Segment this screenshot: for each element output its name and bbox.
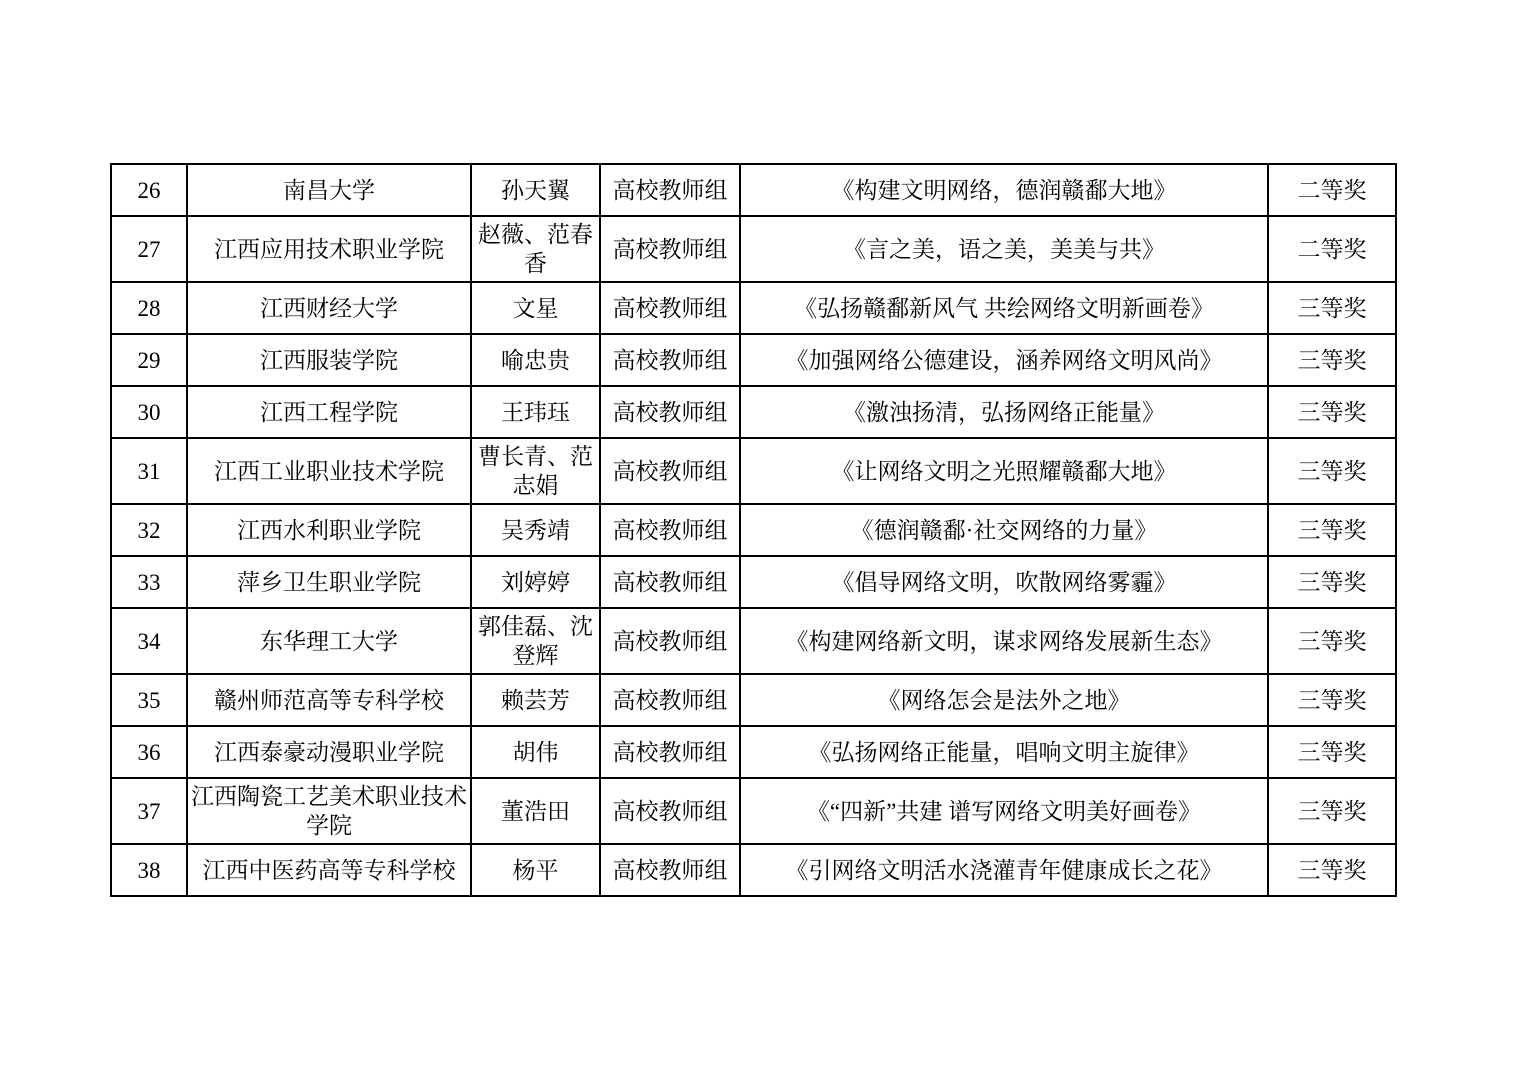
cell-award: 三等奖 [1268,726,1396,778]
table-row: 27江西应用技术职业学院赵薇、范春香高校教师组《言之美，语之美，美美与共》二等奖 [111,216,1396,282]
cell-award: 三等奖 [1268,386,1396,438]
cell-group: 高校教师组 [600,844,740,896]
cell-school: 江西应用技术职业学院 [187,216,471,282]
table-row: 32江西水利职业学院吴秀靖高校教师组《德润赣鄱·社交网络的力量》三等奖 [111,504,1396,556]
cell-award: 三等奖 [1268,334,1396,386]
table-row: 26南昌大学孙天翼高校教师组《构建文明网络，德润赣鄱大地》二等奖 [111,164,1396,216]
cell-name: 文星 [471,282,600,334]
cell-school: 江西陶瓷工艺美术职业技术学院 [187,778,471,844]
cell-number: 31 [111,438,187,504]
document-page: 26南昌大学孙天翼高校教师组《构建文明网络，德润赣鄱大地》二等奖27江西应用技术… [0,0,1520,1074]
cell-group: 高校教师组 [600,674,740,726]
cell-number: 32 [111,504,187,556]
cell-number: 33 [111,556,187,608]
cell-award: 三等奖 [1268,608,1396,674]
cell-school: 江西工程学院 [187,386,471,438]
cell-number: 38 [111,844,187,896]
cell-group: 高校教师组 [600,334,740,386]
cell-name: 刘婷婷 [471,556,600,608]
cell-title: 《德润赣鄱·社交网络的力量》 [740,504,1268,556]
cell-number: 28 [111,282,187,334]
cell-school: 赣州师范高等专科学校 [187,674,471,726]
cell-group: 高校教师组 [600,504,740,556]
cell-school: 萍乡卫生职业学院 [187,556,471,608]
cell-title: 《构建文明网络，德润赣鄱大地》 [740,164,1268,216]
cell-title: 《加强网络公德建设，涵养网络文明风尚》 [740,334,1268,386]
cell-award: 三等奖 [1268,674,1396,726]
cell-number: 30 [111,386,187,438]
cell-group: 高校教师组 [600,778,740,844]
cell-name: 杨平 [471,844,600,896]
cell-school: 江西工业职业技术学院 [187,438,471,504]
cell-group: 高校教师组 [600,608,740,674]
cell-name: 董浩田 [471,778,600,844]
cell-name: 曹长青、范志娟 [471,438,600,504]
cell-name: 王玮珏 [471,386,600,438]
table-row: 30江西工程学院王玮珏高校教师组《激浊扬清，弘扬网络正能量》三等奖 [111,386,1396,438]
cell-name: 孙天翼 [471,164,600,216]
cell-group: 高校教师组 [600,216,740,282]
cell-award: 三等奖 [1268,778,1396,844]
cell-group: 高校教师组 [600,386,740,438]
table-row: 29江西服装学院喻忠贵高校教师组《加强网络公德建设，涵养网络文明风尚》三等奖 [111,334,1396,386]
cell-group: 高校教师组 [600,438,740,504]
cell-title: 《构建网络新文明，谋求网络发展新生态》 [740,608,1268,674]
cell-title: 《倡导网络文明，吹散网络雾霾》 [740,556,1268,608]
cell-name: 赖芸芳 [471,674,600,726]
table-row: 33萍乡卫生职业学院刘婷婷高校教师组《倡导网络文明，吹散网络雾霾》三等奖 [111,556,1396,608]
cell-school: 江西水利职业学院 [187,504,471,556]
table-row: 35赣州师范高等专科学校赖芸芳高校教师组《网络怎会是法外之地》三等奖 [111,674,1396,726]
cell-school: 江西服装学院 [187,334,471,386]
cell-title: 《弘扬赣鄱新风气 共绘网络文明新画卷》 [740,282,1268,334]
cell-award: 二等奖 [1268,164,1396,216]
cell-number: 36 [111,726,187,778]
cell-group: 高校教师组 [600,282,740,334]
cell-title: 《“四新”共建 谱写网络文明美好画卷》 [740,778,1268,844]
cell-name: 吴秀靖 [471,504,600,556]
cell-award: 三等奖 [1268,438,1396,504]
cell-school: 江西泰豪动漫职业学院 [187,726,471,778]
cell-title: 《言之美，语之美，美美与共》 [740,216,1268,282]
cell-school: 江西财经大学 [187,282,471,334]
table-row: 38江西中医药高等专科学校杨平高校教师组《引网络文明活水浇灌青年健康成长之花》三… [111,844,1396,896]
table-row: 37江西陶瓷工艺美术职业技术学院董浩田高校教师组《“四新”共建 谱写网络文明美好… [111,778,1396,844]
cell-title: 《让网络文明之光照耀赣鄱大地》 [740,438,1268,504]
cell-school: 南昌大学 [187,164,471,216]
cell-title: 《网络怎会是法外之地》 [740,674,1268,726]
cell-group: 高校教师组 [600,726,740,778]
cell-award: 三等奖 [1268,844,1396,896]
cell-title: 《弘扬网络正能量，唱响文明主旋律》 [740,726,1268,778]
table-row: 28江西财经大学文星高校教师组《弘扬赣鄱新风气 共绘网络文明新画卷》三等奖 [111,282,1396,334]
cell-number: 37 [111,778,187,844]
awards-table-body: 26南昌大学孙天翼高校教师组《构建文明网络，德润赣鄱大地》二等奖27江西应用技术… [111,164,1396,896]
cell-number: 29 [111,334,187,386]
cell-school: 江西中医药高等专科学校 [187,844,471,896]
cell-group: 高校教师组 [600,556,740,608]
cell-name: 赵薇、范春香 [471,216,600,282]
cell-number: 26 [111,164,187,216]
awards-table: 26南昌大学孙天翼高校教师组《构建文明网络，德润赣鄱大地》二等奖27江西应用技术… [110,163,1397,897]
table-row: 36江西泰豪动漫职业学院胡伟高校教师组《弘扬网络正能量，唱响文明主旋律》三等奖 [111,726,1396,778]
cell-award: 二等奖 [1268,216,1396,282]
cell-name: 郭佳磊、沈登辉 [471,608,600,674]
cell-name: 胡伟 [471,726,600,778]
cell-number: 27 [111,216,187,282]
table-row: 34东华理工大学郭佳磊、沈登辉高校教师组《构建网络新文明，谋求网络发展新生态》三… [111,608,1396,674]
cell-award: 三等奖 [1268,504,1396,556]
cell-title: 《引网络文明活水浇灌青年健康成长之花》 [740,844,1268,896]
table-row: 31江西工业职业技术学院曹长青、范志娟高校教师组《让网络文明之光照耀赣鄱大地》三… [111,438,1396,504]
cell-title: 《激浊扬清，弘扬网络正能量》 [740,386,1268,438]
cell-number: 35 [111,674,187,726]
cell-group: 高校教师组 [600,164,740,216]
cell-name: 喻忠贵 [471,334,600,386]
cell-number: 34 [111,608,187,674]
cell-school: 东华理工大学 [187,608,471,674]
cell-award: 三等奖 [1268,282,1396,334]
cell-award: 三等奖 [1268,556,1396,608]
